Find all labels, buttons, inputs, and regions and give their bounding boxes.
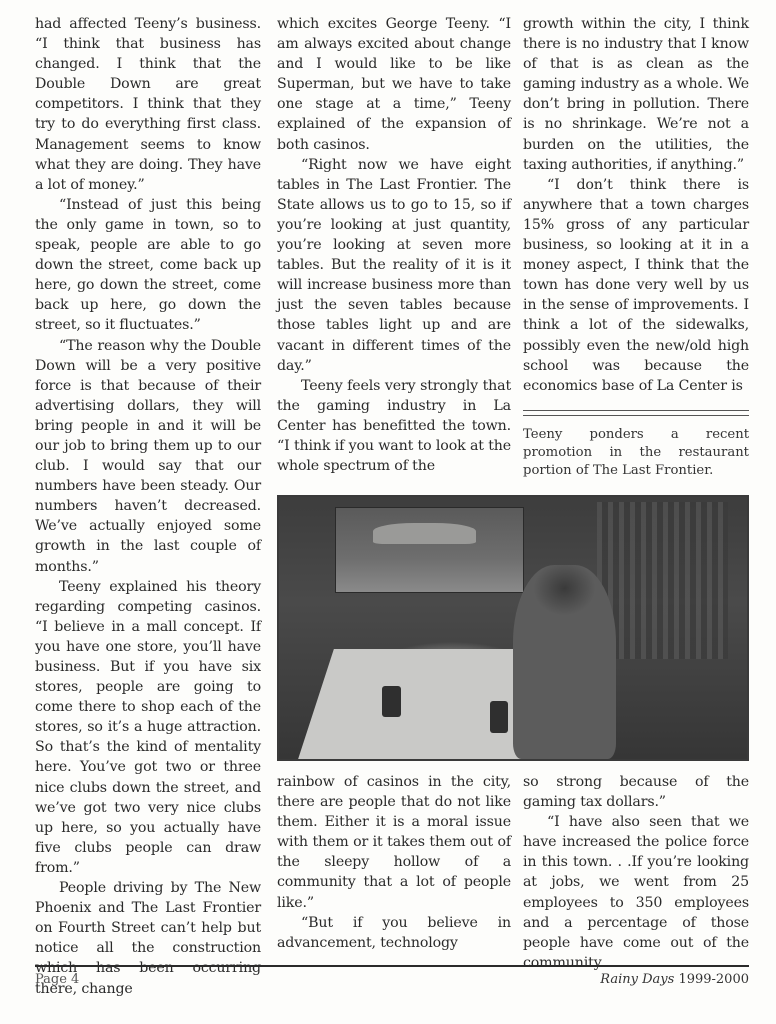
paragraph: had affected Teeny’s business. “I think …	[35, 14, 261, 195]
article-column-3-bottom: so strong because of the gaming tax doll…	[523, 772, 749, 973]
photo-car	[373, 523, 476, 544]
paragraph: Teeny feels very strongly that the gamin…	[277, 376, 511, 476]
article-column-2-top: which excites George Teeny. “I am always…	[277, 14, 511, 476]
paragraph: so strong because of the gaming tax doll…	[523, 772, 749, 812]
paragraph: rainbow of casinos in the city, there ar…	[277, 772, 511, 913]
paragraph: “But if you believe in advancement, tech…	[277, 913, 511, 953]
photo-mug	[490, 701, 509, 732]
photo-caption: Teeny ponders a recent promotion in the …	[523, 426, 749, 480]
article-photo	[277, 495, 749, 761]
publication-footer: Rainy Days 1999-2000	[600, 972, 749, 987]
paragraph: “I don’t think there is anywhere that a …	[523, 175, 749, 396]
paragraph: “Right now we have eight tables in The L…	[277, 155, 511, 376]
footer-divider	[35, 965, 749, 967]
article-column-2-bottom: rainbow of casinos in the city, there ar…	[277, 772, 511, 953]
publication-title: Rainy Days	[600, 972, 674, 987]
paragraph: growth within the city, I think there is…	[523, 14, 749, 175]
article-column-1: had affected Teeny’s business. “I think …	[35, 14, 261, 999]
photo-person	[513, 565, 616, 759]
paragraph: Teeny explained his theory regarding com…	[35, 577, 261, 878]
paragraph: which excites George Teeny. “I am always…	[277, 14, 511, 155]
article-column-3-top: growth within the city, I think there is…	[523, 14, 749, 396]
publication-years: 1999-2000	[678, 972, 749, 987]
paragraph: “The reason why the Double Down will be …	[35, 336, 261, 577]
paragraph: “I have also seen that we have increased…	[523, 812, 749, 973]
photo-mug	[382, 686, 401, 717]
photo-blinds	[597, 502, 728, 659]
caption-divider-bottom	[523, 415, 749, 416]
photo-window	[335, 507, 524, 593]
caption-divider-top	[523, 410, 749, 411]
page-number: Page 4	[35, 972, 79, 987]
paragraph: “Instead of just this being the only gam…	[35, 195, 261, 336]
